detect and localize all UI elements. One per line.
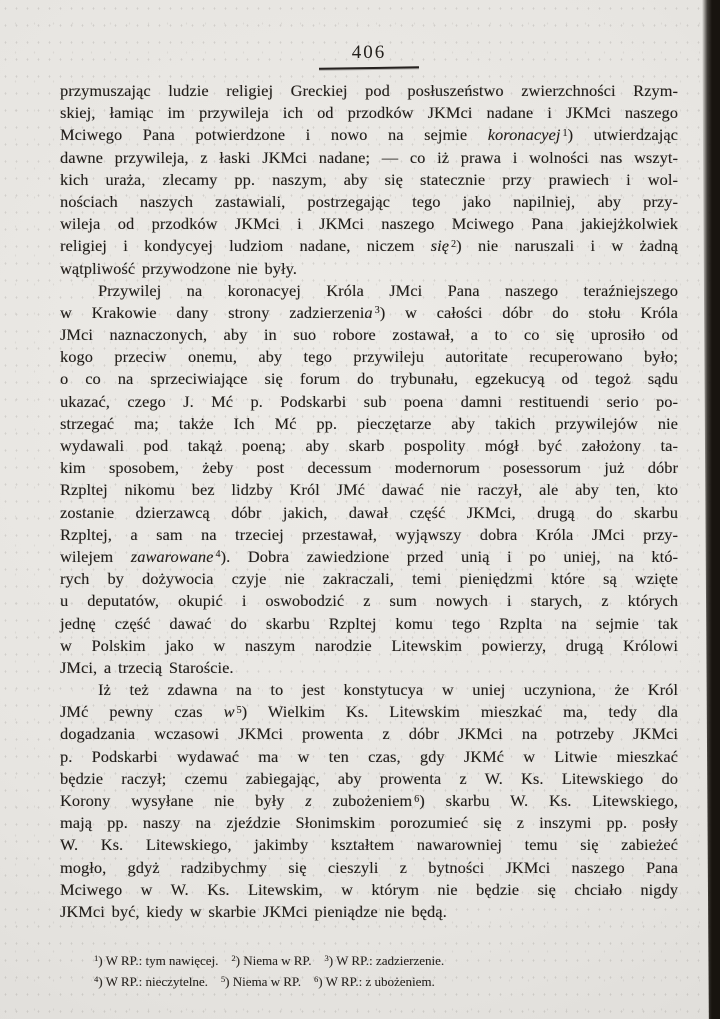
text-line: Mciwego Pana potwierdzone i nowo na sejm… [60, 124, 678, 146]
text-line: kogo przeciw onemu, aby tego przywileju … [60, 346, 678, 368]
page-number: 406 [352, 42, 387, 63]
text-line: JKMci być, kiedy w skarbie JKMci pieniąd… [60, 901, 678, 923]
text-line: strzegać ma; także Ich Mć pp. pieczętarz… [60, 413, 678, 435]
footnote-line: 4) W RP.: nieczytelne. 5) Niema w RP. 6)… [94, 972, 654, 993]
text-line: wileja od przodków JKMci i JKMci naszego… [60, 213, 678, 235]
text-line: religiej i kondycyej ludziom nadane, nic… [60, 235, 678, 257]
scan-edge-strip [702, 0, 720, 1019]
text-line: skiej, łamiąc im przywileja ich od przod… [60, 102, 678, 124]
text-line: W. Ks. Litewskiego, jakimby kształtem na… [60, 834, 678, 856]
text-line: mogło, gdyż radzibychmy się cieszyli z b… [60, 857, 678, 879]
footnotes: 1) W RP.: tym nawięcej. 2) Niema w RP. 3… [94, 951, 654, 992]
scanned-book-page: 406 przymuszając ludzie religiej Greckie… [0, 0, 720, 1019]
text-line: nościach naszych zastawiali, postrzegają… [60, 191, 678, 213]
body-text: przymuszając ludzie religiej Greckiej po… [60, 80, 678, 923]
text-line: u deputatów, okupić i oswobodzić z sum n… [60, 590, 678, 612]
text-line: w Krakowie dany strony zadzierzenia3) w … [60, 302, 678, 324]
text-line: Mciwego w W. Ks. Litewskim, w którym nie… [60, 879, 678, 901]
page-header: 406 [60, 42, 678, 69]
text-line: wydawali pod takąż poeną; aby skarb posp… [60, 435, 678, 457]
text-line: będzie raczył; czemu zabiegając, aby pro… [60, 768, 678, 790]
text-line: mają pp. naszy na zjeździe Słonimskim po… [60, 812, 678, 834]
text-line: Rzpltej nikomu bez lidzby Król JMć dawać… [60, 479, 678, 501]
text-line: kim sposobem, żeby post decessum moderno… [60, 457, 678, 479]
text-line: wilejem zawarowane4). Dobra zawiedzione … [60, 546, 678, 568]
text-line: zostanie dzierzawcą dóbr jakich, dawał c… [60, 502, 678, 524]
text-line: dogadzania wczasowi JKMci prowenta z dób… [60, 723, 678, 745]
text-line: o co na sprzeciwiające się forum do tryb… [60, 368, 678, 390]
text-line: kich uraża, zlecamy pp. naszym, aby się … [60, 169, 678, 191]
text-line: JMć pewny czas w5) Wielkim Ks. Litewskim… [60, 701, 678, 723]
text-line: Przywilej na koronacyej Króla JMci Pana … [60, 280, 678, 302]
text-line: wątpliwość przywodzone nie były. [60, 258, 678, 280]
page-number-rule [319, 66, 419, 69]
text-line: Korony wysyłane nie były z zubożeniem6) … [60, 790, 678, 812]
text-line: w Polskim jako w naszym narodzie Litewsk… [60, 635, 678, 657]
text-line: Rzpltej, a sam na trzeciej przestawał, w… [60, 524, 678, 546]
text-line: dawne przywileja, z łaski JKMci nadane; … [60, 147, 678, 169]
text-line: p. Podskarbi wydawać ma w ten czas, gdy … [60, 746, 678, 768]
text-line: rych by dożywocia czyje nie zakraczali, … [60, 568, 678, 590]
footnote-line: 1) W RP.: tym nawięcej. 2) Niema w RP. 3… [94, 951, 654, 972]
text-line: Iż też zdawna na to jest konstytucya w u… [60, 679, 678, 701]
text-line: JMci, a trzecią Staroście. [60, 657, 678, 679]
text-line: JMci naznaczonych, aby in suo robore zos… [60, 324, 678, 346]
text-line: ukazać, czego J. Mć p. Podskarbi sub poe… [60, 391, 678, 413]
text-line: jednę część dawać do skarbu Rzpltej komu… [60, 613, 678, 635]
text-line: przymuszając ludzie religiej Greckiej po… [60, 80, 678, 102]
